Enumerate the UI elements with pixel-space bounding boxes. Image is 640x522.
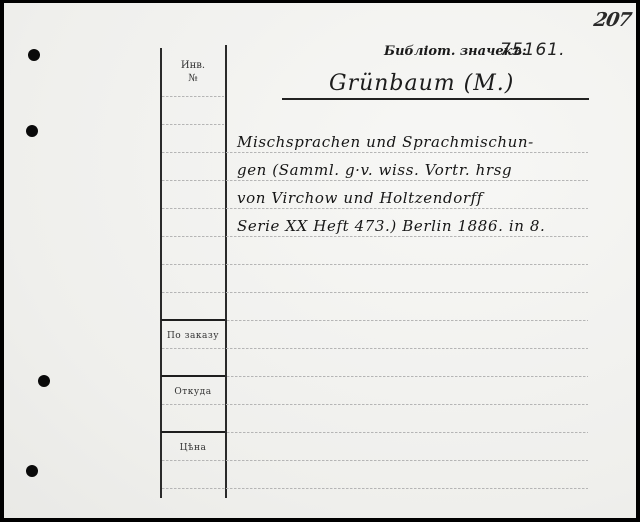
author-name: Grünbaum (M.) xyxy=(329,71,514,96)
box-divider xyxy=(161,375,225,377)
ruled-line xyxy=(162,208,588,209)
ruled-line xyxy=(227,320,588,321)
punch-hole xyxy=(26,125,38,137)
column-rule xyxy=(162,96,224,97)
ruled-line xyxy=(162,488,588,489)
catalog-card: 207 Библіот. значекъ: 75161. Grünbaum (M… xyxy=(4,3,636,518)
column-right-border xyxy=(225,45,227,498)
author-underline xyxy=(282,98,589,100)
title-line-3: von Virchow und Holtzendorff xyxy=(237,189,483,207)
punch-hole xyxy=(26,465,38,477)
ruled-line xyxy=(162,180,588,181)
box-divider xyxy=(161,319,225,321)
title-line-4: Serie XX Heft 473.) Berlin 1886. in 8. xyxy=(237,217,545,235)
box-divider xyxy=(161,431,225,433)
title-line-2: gen (Samml. g·v. wiss. Vortr. hrsg xyxy=(237,161,512,179)
catalog-number: 207 xyxy=(592,9,633,31)
title-line-1: Mischsprachen und Sprachmischun- xyxy=(237,133,534,151)
column-rule xyxy=(162,124,224,125)
ruled-line xyxy=(162,264,588,265)
source-label: Откуда xyxy=(161,387,225,397)
ruled-line xyxy=(227,432,588,433)
ruled-line xyxy=(162,236,588,237)
punch-hole xyxy=(28,49,40,61)
ruled-line xyxy=(162,152,588,153)
inventory-label: Инв. xyxy=(161,59,225,72)
order-label: По заказу xyxy=(161,331,225,341)
ruled-line xyxy=(162,404,588,405)
ruled-line xyxy=(162,348,588,349)
shelfmark-value: 75161. xyxy=(500,40,565,60)
punch-hole xyxy=(38,375,50,387)
inventory-number-sign: № xyxy=(161,72,225,85)
ruled-line xyxy=(162,460,588,461)
ruled-line xyxy=(162,292,588,293)
ruled-line xyxy=(227,376,588,377)
price-label: Цѣна xyxy=(161,443,225,453)
